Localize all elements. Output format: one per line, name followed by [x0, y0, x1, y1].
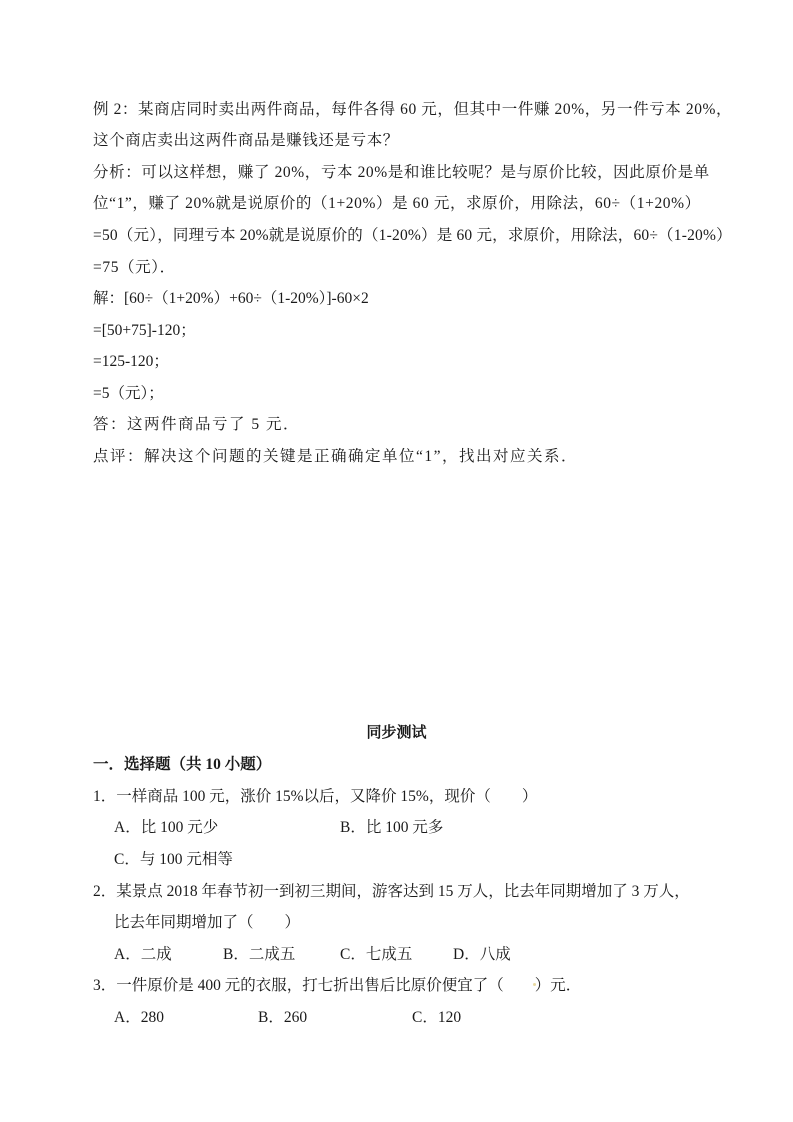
question-3-option-b: B．260 — [258, 1008, 307, 1028]
solution-line-4: =5（元）； — [93, 384, 164, 404]
question-1-stem: 1．一样商品 100 元，涨价 15%以后，又降价 15%，现价（ ） — [93, 787, 537, 807]
comment-line: 点评：解决这个问题的关键是正确确定单位“1”，找出对应关系． — [93, 447, 578, 467]
example-question-line-1: 例 2：某商店同时卖出两件商品，每件各得 60 元，但其中一件赚 20%，另一件… — [93, 100, 732, 120]
question-3-option-a: A．280 — [114, 1008, 164, 1028]
analysis-line-1: 分析：可以这样想，赚了 20%，亏本 20%是和谁比较呢？是与原价比较，因此原价… — [93, 163, 710, 183]
solution-line-1: 解：[60÷（1+20%）+60÷（1-20%）]-60×2 — [93, 289, 369, 309]
solution-line-3: =125-120； — [93, 352, 169, 372]
analysis-line-4: =75（元）． — [93, 258, 176, 278]
question-2-option-b: B．二成五 — [223, 945, 295, 965]
analysis-line-3: =50（元），同理亏本 20%就是说原价的（1-20%）是 60 元，求原价，用… — [93, 226, 732, 246]
solution-line-2: =[50+75]-120； — [93, 321, 196, 341]
question-3-option-c: C．120 — [412, 1008, 461, 1028]
question-3-stem: 3．一件原价是 400 元的衣服，打七折出售后比原价便宜了（ ）元． — [93, 976, 581, 996]
scan-speck-mark — [533, 983, 536, 986]
question-2-stem: 2．某景点 2018 年春节初一到初三期间，游客达到 15 万人，比去年同期增加… — [93, 882, 690, 902]
question-1-option-b: B．比 100 元多 — [340, 818, 443, 838]
answer-line: 答：这两件商品亏了 5 元． — [93, 415, 300, 435]
example-question-line-2: 这个商店卖出这两件商品是赚钱还是亏本？ — [93, 131, 399, 151]
question-1-option-c: C．与 100 元相等 — [114, 850, 233, 870]
question-2-stem-continued: 比去年同期增加了（ ） — [114, 913, 300, 933]
question-2-option-a: A．二成 — [114, 945, 172, 965]
question-1-option-a: A．比 100 元少 — [114, 818, 218, 838]
section-heading: 一．选择题（共 10 小题） — [93, 755, 271, 775]
sync-test-title: 同步测试 — [0, 723, 793, 743]
question-2-option-c: C．七成五 — [340, 945, 412, 965]
question-2-option-d: D．八成 — [453, 945, 511, 965]
analysis-line-2: 位“1”，赚了 20%就是说原价的（1+20%）是 60 元，求原价，用除法，6… — [93, 194, 701, 214]
